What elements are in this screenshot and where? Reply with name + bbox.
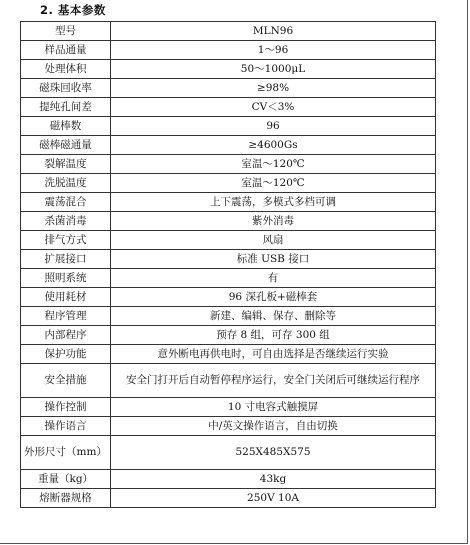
spec-value: 250V 10A	[111, 489, 436, 508]
table-row: 操作控制10 寸电容式触摸屏	[21, 398, 436, 417]
table-row: 熔断器规格250V 10A	[21, 489, 436, 508]
spec-value: 10 寸电容式触摸屏	[111, 398, 436, 417]
spec-label: 操作控制	[21, 398, 111, 417]
spec-value: 安全门打开后自动暂停程序运行，安全门关闭后可继续运行程序	[111, 364, 436, 398]
spec-label: 保护功能	[21, 345, 111, 364]
section-heading: 2. 基本参数	[40, 2, 106, 18]
spec-value: ≥98%	[111, 79, 436, 98]
spec-value: 风扇	[111, 231, 436, 250]
table-row: 安全措施安全门打开后自动暂停程序运行，安全门关闭后可继续运行程序	[21, 364, 436, 398]
table-row: 裂解温度室温～120℃	[21, 155, 436, 174]
spec-label: 重量（kg）	[21, 470, 111, 489]
table-row: 洗脱温度室温～120℃	[21, 174, 436, 193]
spec-label: 程序管理	[21, 307, 111, 326]
table-row: 使用耗材96 深孔板+磁棒套	[21, 288, 436, 307]
spec-value: 525X485X575	[111, 436, 436, 470]
table-row: 处理体积50～1000μL	[21, 60, 436, 79]
spec-label: 磁棒磁通量	[21, 136, 111, 155]
spec-label: 型号	[21, 22, 111, 41]
spec-value: 预存 8 组，可存 300 组	[111, 326, 436, 345]
table-row: 提纯孔间差CV＜3%	[21, 98, 436, 117]
spec-value: 1～96	[111, 41, 436, 60]
table-row: 震荡混合上下震荡，多模式多档可调	[21, 193, 436, 212]
table-row: 磁珠回收率≥98%	[21, 79, 436, 98]
table-row: 磁棒数96	[21, 117, 436, 136]
page-border-right	[467, 0, 468, 544]
spec-value: 50～1000μL	[111, 60, 436, 79]
spec-label: 外形尺寸（mm）	[21, 436, 111, 470]
table-row: 重量（kg）43kg	[21, 470, 436, 489]
spec-value: 43kg	[111, 470, 436, 489]
spec-label: 磁珠回收率	[21, 79, 111, 98]
table-row: 保护功能意外断电再供电时，可自由选择是否继续运行实验	[21, 345, 436, 364]
spec-value: 标准 USB 接口	[111, 250, 436, 269]
table-row: 照明系统有	[21, 269, 436, 288]
table-row: 杀菌消毒紫外消毒	[21, 212, 436, 231]
spec-value: 96	[111, 117, 436, 136]
table-row: 内部程序预存 8 组，可存 300 组	[21, 326, 436, 345]
spec-label: 扩展接口	[21, 250, 111, 269]
spec-value: ≥4600Gs	[111, 136, 436, 155]
spec-table: 型号MLN96样品通量1～96处理体积50～1000μL磁珠回收率≥98%提纯孔…	[20, 21, 436, 508]
spec-label: 洗脱温度	[21, 174, 111, 193]
table-row: 型号MLN96	[21, 22, 436, 41]
table-row: 程序管理新建、编辑、保存、删除等	[21, 307, 436, 326]
spec-label: 使用耗材	[21, 288, 111, 307]
table-row: 磁棒磁通量≥4600Gs	[21, 136, 436, 155]
spec-label: 照明系统	[21, 269, 111, 288]
table-row: 操作语言中/英文操作语言，自由切换	[21, 417, 436, 436]
spec-value: 紫外消毒	[111, 212, 436, 231]
spec-value: 室温～120℃	[111, 174, 436, 193]
table-row: 外形尺寸（mm）525X485X575	[21, 436, 436, 470]
table-row: 排气方式风扇	[21, 231, 436, 250]
table-row: 样品通量1～96	[21, 41, 436, 60]
table-row: 扩展接口标准 USB 接口	[21, 250, 436, 269]
spec-label: 内部程序	[21, 326, 111, 345]
spec-label: 样品通量	[21, 41, 111, 60]
spec-label: 安全措施	[21, 364, 111, 398]
spec-label: 排气方式	[21, 231, 111, 250]
spec-value: 室温～120℃	[111, 155, 436, 174]
spec-label: 杀菌消毒	[21, 212, 111, 231]
spec-value: 新建、编辑、保存、删除等	[111, 307, 436, 326]
spec-value: 中/英文操作语言，自由切换	[111, 417, 436, 436]
page-border-bottom	[0, 543, 468, 544]
spec-value: 意外断电再供电时，可自由选择是否继续运行实验	[111, 345, 436, 364]
spec-value: MLN96	[111, 22, 436, 41]
spec-label: 操作语言	[21, 417, 111, 436]
spec-label: 熔断器规格	[21, 489, 111, 508]
spec-value: 有	[111, 269, 436, 288]
spec-label: 裂解温度	[21, 155, 111, 174]
spec-label: 提纯孔间差	[21, 98, 111, 117]
spec-value: 上下震荡，多模式多档可调	[111, 193, 436, 212]
spec-value: 96 深孔板+磁棒套	[111, 288, 436, 307]
spec-value: CV＜3%	[111, 98, 436, 117]
spec-label: 处理体积	[21, 60, 111, 79]
spec-label: 震荡混合	[21, 193, 111, 212]
spec-label: 磁棒数	[21, 117, 111, 136]
